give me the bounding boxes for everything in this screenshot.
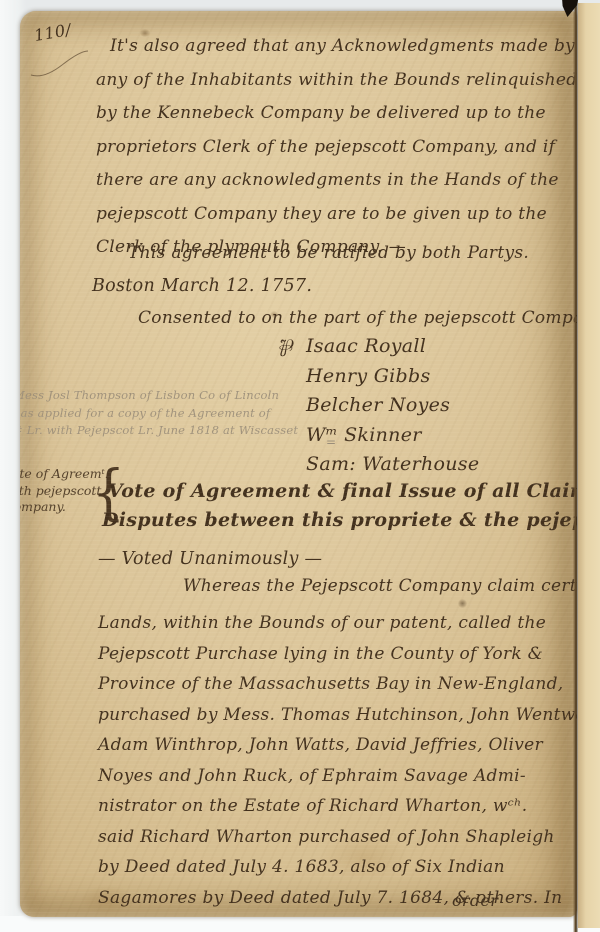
manuscript-line: said Richard Wharton purchased of John S… (98, 822, 577, 853)
catchword: order (452, 891, 498, 910)
whereas-paragraph: Lands, within the Bounds of our patent, … (98, 608, 577, 913)
manuscript-line: pejepscott Company they are to be given … (96, 198, 577, 232)
scan-margin (0, 916, 600, 932)
manuscript-line: Province of the Massachusetts Bay in New… (98, 669, 577, 700)
facing-page-edge (578, 3, 600, 928)
manuscript-line: nistrator on the Estate of Richard Whart… (98, 791, 577, 822)
signature: Henry Gibbs (306, 362, 479, 392)
manuscript-line: purchased by Mess. Thomas Hutchinson, Jo… (98, 700, 577, 731)
manuscript-line: It's also agreed that any Acknowledgment… (96, 30, 577, 64)
manuscript-page: 110/ It's also agreed that any Acknowled… (20, 11, 577, 917)
pencil-equals-mark: = (326, 435, 336, 449)
manuscript-line: there are any acknowledgments in the Han… (96, 164, 577, 198)
place-date-line: Boston March 12. 1757. (92, 276, 312, 296)
manuscript-line: proprietors Clerk of the pejepscott Comp… (96, 131, 577, 165)
ink-blot (458, 599, 467, 608)
manuscript-line: Sagamores by Deed dated July 7. 1684, & … (98, 883, 577, 914)
pencil-line: # Lr. with Pejepscot Lr. June 1818 at Wi… (20, 422, 298, 440)
manuscript-line: Pejepscott Purchase lying in the County … (98, 639, 577, 670)
manuscript-line: Noyes and John Ruck, of Ephraim Savage A… (98, 761, 577, 792)
pen-flourish (28, 47, 92, 81)
manuscript-line: any of the Inhabitants within the Bounds… (96, 64, 577, 98)
page-number: 110/ (33, 20, 73, 45)
ratification-line: This agreement to be ratified by both Pa… (128, 243, 529, 263)
manuscript-scan: 110/ It's also agreed that any Acknowled… (0, 0, 600, 932)
signature: Sam: Waterhouse (306, 450, 479, 480)
manuscript-line: Adam Winthrop, John Watts, David Jeffrie… (98, 730, 577, 761)
opening-paragraph: It's also agreed that any Acknowledgment… (96, 30, 577, 265)
manuscript-line: by the Kennebeck Company be delivered up… (96, 97, 577, 131)
signature: Belcher Noyes (306, 391, 479, 421)
pencil-line: Mess Josl Thompson of Lisbon Co of Linco… (20, 387, 298, 405)
signature-list: Isaac Royall Henry Gibbs Belcher Noyes W… (306, 332, 479, 480)
voted-unanimously-line: — Voted Unanimously — (98, 549, 322, 569)
vote-heading: Vote of Agreement & final Issue of all C… (108, 477, 577, 535)
manuscript-line: by Deed dated July 4. 1683, also of Six … (98, 852, 577, 883)
whereas-opening-line: Whereas the Pejepscott Company claim cer… (183, 576, 577, 596)
heading-line: Disputes between this propriete & the pe… (102, 506, 577, 535)
consent-line: Consented to on the part of the pejepsco… (138, 308, 577, 328)
pencil-marginalia: Mess Josl Thompson of Lisbon Co of Linco… (20, 387, 298, 440)
heading-line: Vote of Agreement & final Issue of all C… (108, 477, 577, 506)
per-mark: ⅌ (276, 331, 291, 363)
pencil-line: has applied for a copy of the Agreement … (20, 405, 298, 423)
signature: Isaac Royall (306, 332, 479, 362)
manuscript-line: Lands, within the Bounds of our patent, … (98, 608, 577, 639)
